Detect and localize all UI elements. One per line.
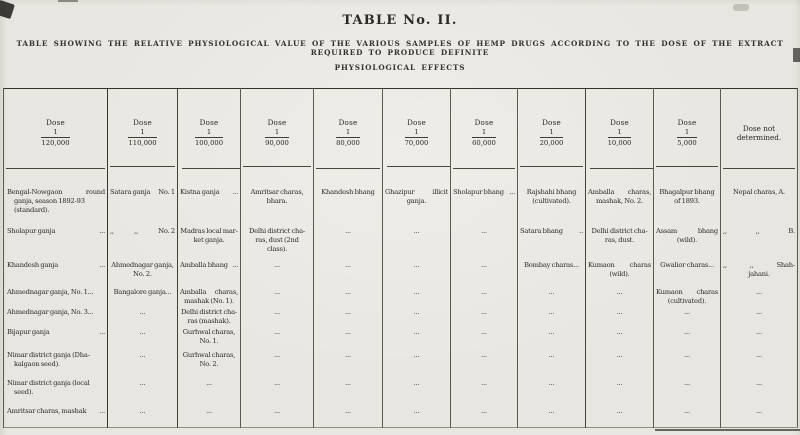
table-row: Amritsar charas, mashak.................… [4, 403, 798, 427]
dose-fraction: 1100,000 [195, 128, 223, 147]
column-header-dose-90000: Dose190,000 [241, 89, 314, 178]
page-title: TABLE No. II. [0, 13, 800, 28]
table-cell: Delhi district cha-ras (mashak). [178, 307, 241, 327]
table-cell: ... [451, 377, 518, 403]
table-cell: Ghazipurillicitganja. [383, 177, 451, 223]
column-header-dose-120000: Dose1120,000 [4, 89, 108, 178]
scan-artifact-top-right [733, 4, 749, 11]
table-cell: Ahmednagar ganja, No. 3... [4, 307, 108, 327]
table-cell: ... [241, 377, 314, 403]
dose-fraction: 1120,000 [41, 128, 69, 147]
table-cell: Gurhwal charas,No. 2. [178, 349, 241, 377]
table-cell: Amritsar charas, mashak... [4, 403, 108, 427]
table-cell: ... [178, 377, 241, 403]
table-row: Nimar district ganja (Dha-kalgaon seed).… [4, 349, 798, 377]
table-cell: ... [654, 403, 721, 427]
table-cell: ... [654, 377, 721, 403]
dose-fraction: 180,000 [336, 128, 360, 147]
scanned-page: TABLE No. II. TABLE SHOWING THE RELATIVE… [0, 0, 800, 435]
table-cell: ... [314, 403, 383, 427]
column-header-dose-100000: Dose1100,000 [178, 89, 241, 178]
column-header-dose-80000: Dose180,000 [314, 89, 383, 178]
column-header-dose-20000: Dose120,000 [518, 89, 586, 178]
table-cell: Khandesh ganja... [4, 259, 108, 287]
table-cell: Kumaoncharas(wild). [586, 259, 654, 287]
dose-fraction: 110,000 [608, 128, 632, 147]
table-cell: Khandesh bhang [314, 177, 383, 223]
table-cell: Bijapur ganja... [4, 327, 108, 349]
table-cell: ... [451, 259, 518, 287]
table-row: Khandesh ganja...Ahmednagar ganja,No. 2.… [4, 259, 798, 287]
table-cell: ... [241, 349, 314, 377]
table-cell: ... [586, 287, 654, 307]
dose-label: Dose [178, 118, 240, 127]
table-cell: Gwalior charas... [654, 259, 721, 287]
table-cell: ... [654, 349, 721, 377]
table-cell: ... [314, 287, 383, 307]
dose-label: Dose [518, 118, 585, 127]
table-cell: ... [383, 349, 451, 377]
table-cell: ... [451, 307, 518, 327]
table-row: Ahmednagar ganja, No. 1...Bangalore ganj… [4, 287, 798, 307]
column-header-dose-not-determined: Dose notdetermined. [721, 89, 798, 178]
table-cell: ,,,,No. 2 [108, 223, 178, 259]
table-cell: ... [241, 403, 314, 427]
column-header-dose-110000: Dose1110,000 [108, 89, 178, 178]
table-cell: ... [383, 307, 451, 327]
table-cell: ... [518, 377, 586, 403]
table-cell: ... [654, 327, 721, 349]
table-cell: ... [518, 287, 586, 307]
table-cell: Sholapur ganja... [4, 223, 108, 259]
scan-artifact-top-dash [58, 0, 78, 2]
table-cell: ... [383, 327, 451, 349]
hemp-dose-table: Dose1120,000 Dose1110,000 Dose1100,000 D… [3, 88, 798, 428]
table-cell: Bengal-Nowgaonroundganja, season 1892-93… [4, 177, 108, 223]
dose-label: Dose [654, 118, 720, 127]
table-row: Bengal-Nowgaonroundganja, season 1892-93… [4, 177, 798, 223]
table-cell: ... [241, 259, 314, 287]
dose-fraction: 120,000 [540, 128, 564, 147]
table-cell: ... [586, 327, 654, 349]
dose-fraction: 160,000 [472, 128, 496, 147]
table-cell: Sholapur bhang... [451, 177, 518, 223]
table-cell: ... [314, 327, 383, 349]
table-cell: ... [586, 403, 654, 427]
dose-label: Dose [586, 118, 653, 127]
table-cell: ... [721, 307, 798, 327]
table-cell: Amritsar charas,bhara. [241, 177, 314, 223]
table-cell: Rajshahi bhang(cultivated). [518, 177, 586, 223]
table-cell: ... [241, 307, 314, 327]
table-cell: Assambhang(wild). [654, 223, 721, 259]
table-cell: ... [654, 307, 721, 327]
table-cell: Satara ganjaNo. 1 [108, 177, 178, 223]
table-cell: Amballacharas,mashak, No. 2. [586, 177, 654, 223]
header-row: Dose1120,000 Dose1110,000 Dose1100,000 D… [4, 89, 798, 178]
table-row: Nimar district ganja (localseed)........… [4, 377, 798, 403]
table-row: Sholapur ganja...,,,,No. 2Madras local m… [4, 223, 798, 259]
table-cell: ... [518, 403, 586, 427]
table-cell: Kumaoncharas(cultivated). [654, 287, 721, 307]
column-header-dose-5000: Dose15,000 [654, 89, 721, 178]
table-cell: ... [451, 349, 518, 377]
table-cell: ... [314, 223, 383, 259]
table-cell: ... [586, 377, 654, 403]
table-cell: Ahmednagar ganja,No. 2. [108, 259, 178, 287]
table-cell: ... [451, 403, 518, 427]
table-cell: ... [451, 327, 518, 349]
table-cell: Delhi district cha-ras, dust. [586, 223, 654, 259]
column-header-dose-10000: Dose110,000 [586, 89, 654, 178]
dose-fraction: 170,000 [405, 128, 429, 147]
table-cell: Bangalore ganja... [108, 287, 178, 307]
table-cell: ... [108, 349, 178, 377]
table-cell: ... [314, 307, 383, 327]
table-cell: Ahmednagar ganja, No. 1... [4, 287, 108, 307]
dose-label: Dose [451, 118, 517, 127]
table-cell: ... [518, 349, 586, 377]
scan-artifact-bottom-line [655, 429, 800, 431]
column-header-dose-70000: Dose170,000 [383, 89, 451, 178]
dose-fraction: 15,000 [677, 128, 696, 147]
table-cell: ... [451, 287, 518, 307]
table-cell: ... [108, 307, 178, 327]
table-cell: ... [383, 259, 451, 287]
table-cell: ... [314, 377, 383, 403]
column-header-dose-60000: Dose160,000 [451, 89, 518, 178]
table-cell: ,,,,B. [721, 223, 798, 259]
table-cell: ... [721, 349, 798, 377]
table-cell: ... [108, 377, 178, 403]
table-cell: ... [721, 377, 798, 403]
table-cell: Madras local mar-ket ganja. [178, 223, 241, 259]
table-cell: Nimar district ganja (Dha-kalgaon seed). [4, 349, 108, 377]
table-cell: ... [314, 259, 383, 287]
scan-artifact-right-edge [793, 48, 800, 62]
table-cell: ... [586, 349, 654, 377]
table-cell: Gurhwal charas,No. 1. [178, 327, 241, 349]
table-cell: ... [451, 223, 518, 259]
table-cell: ... [383, 377, 451, 403]
dose-not-determined-label: Dose notdetermined. [721, 124, 797, 142]
table-cell: ... [518, 307, 586, 327]
dose-label: Dose [4, 118, 107, 127]
table-cell: Amballacharas,mashak (No. 1). [178, 287, 241, 307]
table-cell: ... [721, 403, 798, 427]
table-cell: Amballa bhang... [178, 259, 241, 287]
table-cell: ... [241, 327, 314, 349]
table-cell: Satara bhang.. [518, 223, 586, 259]
table-cell: Bhagalpur bhangof 1893. [654, 177, 721, 223]
table-cell: Kistna ganja... [178, 177, 241, 223]
table-cell: ... [721, 327, 798, 349]
dose-label: Dose [241, 118, 313, 127]
table-cell: ... [586, 307, 654, 327]
table-cell: ... [383, 287, 451, 307]
table-cell: Bombay charas... [518, 259, 586, 287]
page-subtitle-line2: PHYSIOLOGICAL EFFECTS [0, 63, 800, 72]
table-row: Bijapur ganja......Gurhwal charas,No. 1.… [4, 327, 798, 349]
table-cell: ... [178, 403, 241, 427]
table-cell: ... [383, 403, 451, 427]
table-cell: ... [241, 287, 314, 307]
dose-fraction: 1110,000 [128, 128, 156, 147]
dose-fraction: 190,000 [265, 128, 289, 147]
table-cell: ... [721, 287, 798, 307]
page-subtitle: TABLE SHOWING THE RELATIVE PHYSIOLOGICAL… [4, 39, 796, 57]
dose-label: Dose [314, 118, 382, 127]
table-cell: Delhi district cha-ras, dust (2ndclass). [241, 223, 314, 259]
table-cell: ... [518, 327, 586, 349]
table-row: Ahmednagar ganja, No. 3......Delhi distr… [4, 307, 798, 327]
table-cell: Nepal charas, A. [721, 177, 798, 223]
table-cell: ... [383, 223, 451, 259]
table-cell: ... [108, 327, 178, 349]
dose-label: Dose [108, 118, 177, 127]
table-cell: Nimar district ganja (localseed). [4, 377, 108, 403]
dose-label: Dose [383, 118, 450, 127]
table-cell: ... [314, 349, 383, 377]
table-cell: ,,,,Shah-jahani. [721, 259, 798, 287]
table-cell: ... [108, 403, 178, 427]
